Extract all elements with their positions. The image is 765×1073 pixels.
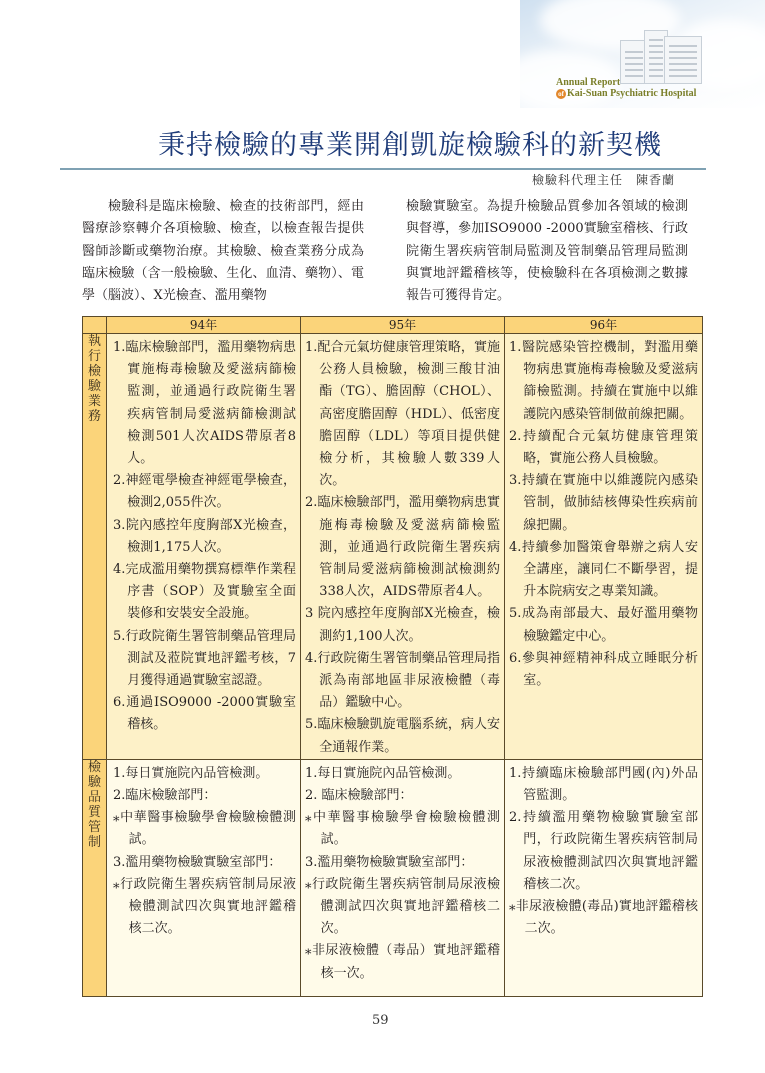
annual-report-label: Annual Report bbox=[556, 78, 620, 88]
list-item: 2.神經電學檢查神經電學檢查，檢測2,055件次。 bbox=[113, 470, 296, 514]
list-item: ⁎行政院衛生署疾病管制局尿液檢體測試四次與實地評鑑稽核二次。 bbox=[113, 874, 296, 941]
table-row-quality-control: 檢 驗 品 質 管 制 1.每日實施院內品管檢測。 2.臨床檢驗部門： ⁎中華醫… bbox=[83, 759, 703, 996]
cell-operations-94: 1.臨床檢驗部門，濫用藥物病患實施梅毒檢驗及愛滋病篩檢監測，並通過行政院衛生署疾… bbox=[107, 334, 301, 760]
intro-paragraph-left: 檢驗科是臨床檢驗、檢查的技術部門，經由醫療診察轉介各項檢驗、檢查，以檢查報告提供… bbox=[82, 196, 364, 307]
list-item: 1.每日實施院內品管檢測。 bbox=[305, 763, 500, 785]
table-header-row: 94年 95年 96年 bbox=[83, 317, 703, 334]
header-year-94: 94年 bbox=[107, 317, 301, 334]
hospital-banner-image: Annual Report ofKai-Suan Psychiatric Hos… bbox=[520, 0, 765, 108]
list-item: 4.完成濫用藥物撰寫標準作業程序書（SOP）及實驗室全面裝修和安裝安全設施。 bbox=[113, 559, 296, 626]
of-badge: of bbox=[556, 89, 566, 99]
row-label-quality-control: 檢 驗 品 質 管 制 bbox=[83, 759, 107, 996]
header-year-96: 96年 bbox=[505, 317, 703, 334]
list-item: ⁎中華醫事檢驗學會檢驗檢體測試。 bbox=[305, 807, 500, 851]
header-year-95: 95年 bbox=[301, 317, 505, 334]
list-item: 1.每日實施院內品管檢測。 bbox=[113, 763, 296, 785]
list-item: 1.配合元氣坊健康管理策略，實施公務人員檢驗，檢測三酸甘油酯（TG）、膽固醇（C… bbox=[305, 337, 500, 492]
hospital-name-label: ofKai-Suan Psychiatric Hospital bbox=[556, 88, 696, 99]
list-item: 2.持續濫用藥物檢驗實驗室部門，行政院衛生署疾病管制局尿液檢體測試四次與實地評鑑… bbox=[509, 807, 698, 896]
table-row-operations: 執 行 檢 驗 業 務 1.臨床檢驗部門，濫用藥物病患實施梅毒檢驗及愛滋病篩檢監… bbox=[83, 334, 703, 760]
list-item: 3.院內感控年度胸部X光檢查，檢測1,175人次。 bbox=[113, 515, 296, 559]
list-item: 1.醫院感染管控機制，對濫用藥物病患實施梅毒檢驗及愛滋病篩檢監測。持續在實施中以… bbox=[509, 337, 698, 426]
list-item: 1.持續臨床檢驗部門國(內)外品管監測。 bbox=[509, 763, 698, 807]
row-label-operations: 執 行 檢 驗 業 務 bbox=[83, 334, 107, 760]
title-divider bbox=[60, 168, 706, 170]
lab-activities-table: 94年 95年 96年 執 行 檢 驗 業 務 1.臨床檢驗部門，濫用藥物病患實… bbox=[82, 316, 703, 997]
list-item: ⁎非尿液檢體(毒品)實地評鑑稽核二次。 bbox=[509, 896, 698, 940]
cell-operations-96: 1.醫院感染管控機制，對濫用藥物病患實施梅毒檢驗及愛滋病篩檢監測。持續在實施中以… bbox=[505, 334, 703, 760]
list-item: 5.臨床檢驗凱旋電腦系統，病人安全通報作業。 bbox=[305, 714, 500, 758]
cell-quality-95: 1.每日實施院內品管檢測。 2. 臨床檢驗部門： ⁎中華醫事檢驗學會檢驗檢體測試… bbox=[301, 759, 505, 996]
page-number: 59 bbox=[372, 1013, 389, 1028]
list-item: ⁎中華醫事檢驗學會檢驗檢體測試。 bbox=[113, 807, 296, 851]
cell-quality-96: 1.持續臨床檢驗部門國(內)外品管監測。 2.持續濫用藥物檢驗實驗室部門，行政院… bbox=[505, 759, 703, 996]
list-item: 3 院內感控年度胸部X光檢查，檢測約1,100人次。 bbox=[305, 603, 500, 647]
cell-operations-95: 1.配合元氣坊健康管理策略，實施公務人員檢驗，檢測三酸甘油酯（TG）、膽固醇（C… bbox=[301, 334, 505, 760]
cell-quality-94: 1.每日實施院內品管檢測。 2.臨床檢驗部門： ⁎中華醫事檢驗學會檢驗檢體測試。… bbox=[107, 759, 301, 996]
page-title: 秉持檢驗的專業開創凱旋檢驗科的新契機 bbox=[158, 130, 662, 162]
list-item: 4.持續參加醫策會舉辦之病人安全講座，讓同仁不斷學習，提升本院病安之專業知識。 bbox=[509, 537, 698, 604]
list-item: 2.臨床檢驗部門，濫用藥物病患實施梅毒檢驗及愛滋病篩檢監測，並通過行政院衛生署疾… bbox=[305, 492, 500, 603]
list-item: 1.臨床檢驗部門，濫用藥物病患實施梅毒檢驗及愛滋病篩檢監測，並通過行政院衛生署疾… bbox=[113, 337, 296, 470]
header-corner-cell bbox=[83, 317, 107, 334]
list-item: 6.通過ISO9000 -2000實驗室稽核。 bbox=[113, 692, 296, 736]
list-item: ⁎非尿液檢體（毒品）實地評鑑稽核一次。 bbox=[305, 940, 500, 984]
list-item: ⁎行政院衛生署疾病管制局尿液檢體測試四次與實地評鑑稽核二次。 bbox=[305, 874, 500, 941]
list-item: 4.行政院衛生署管制藥品管理局指派為南部地區非尿液檢體（毒品）鑑驗中心。 bbox=[305, 648, 500, 715]
list-item: 3.持續在實施中以維護院內感染管制，做肺結核傳染性疾病前線把關。 bbox=[509, 470, 698, 537]
intro-paragraph-right: 檢驗實驗室。為提升檢驗品質參加各領域的檢測與督導，參加ISO9000 -2000… bbox=[406, 196, 688, 307]
list-item: 3.濫用藥物檢驗實驗室部門： bbox=[305, 852, 500, 874]
list-item: 2.持續配合元氣坊健康管理策略，實施公務人員檢驗。 bbox=[509, 426, 698, 470]
list-item: 6.參與神經精神科成立睡眠分析室。 bbox=[509, 648, 698, 692]
list-item: 5.行政院衛生署管制藥品管理局測試及蒞院實地評鑑考核，7月獲得通過實驗室認證。 bbox=[113, 626, 296, 693]
list-item: 5.成為南部最大、最好濫用藥物檢驗鑑定中心。 bbox=[509, 603, 698, 647]
list-item: 2. 臨床檢驗部門： bbox=[305, 785, 500, 807]
list-item: 3.濫用藥物檢驗實驗室部門： bbox=[113, 852, 296, 874]
list-item: 2.臨床檢驗部門： bbox=[113, 785, 296, 807]
author-byline: 檢驗科代理主任 陳香蘭 bbox=[532, 171, 675, 188]
